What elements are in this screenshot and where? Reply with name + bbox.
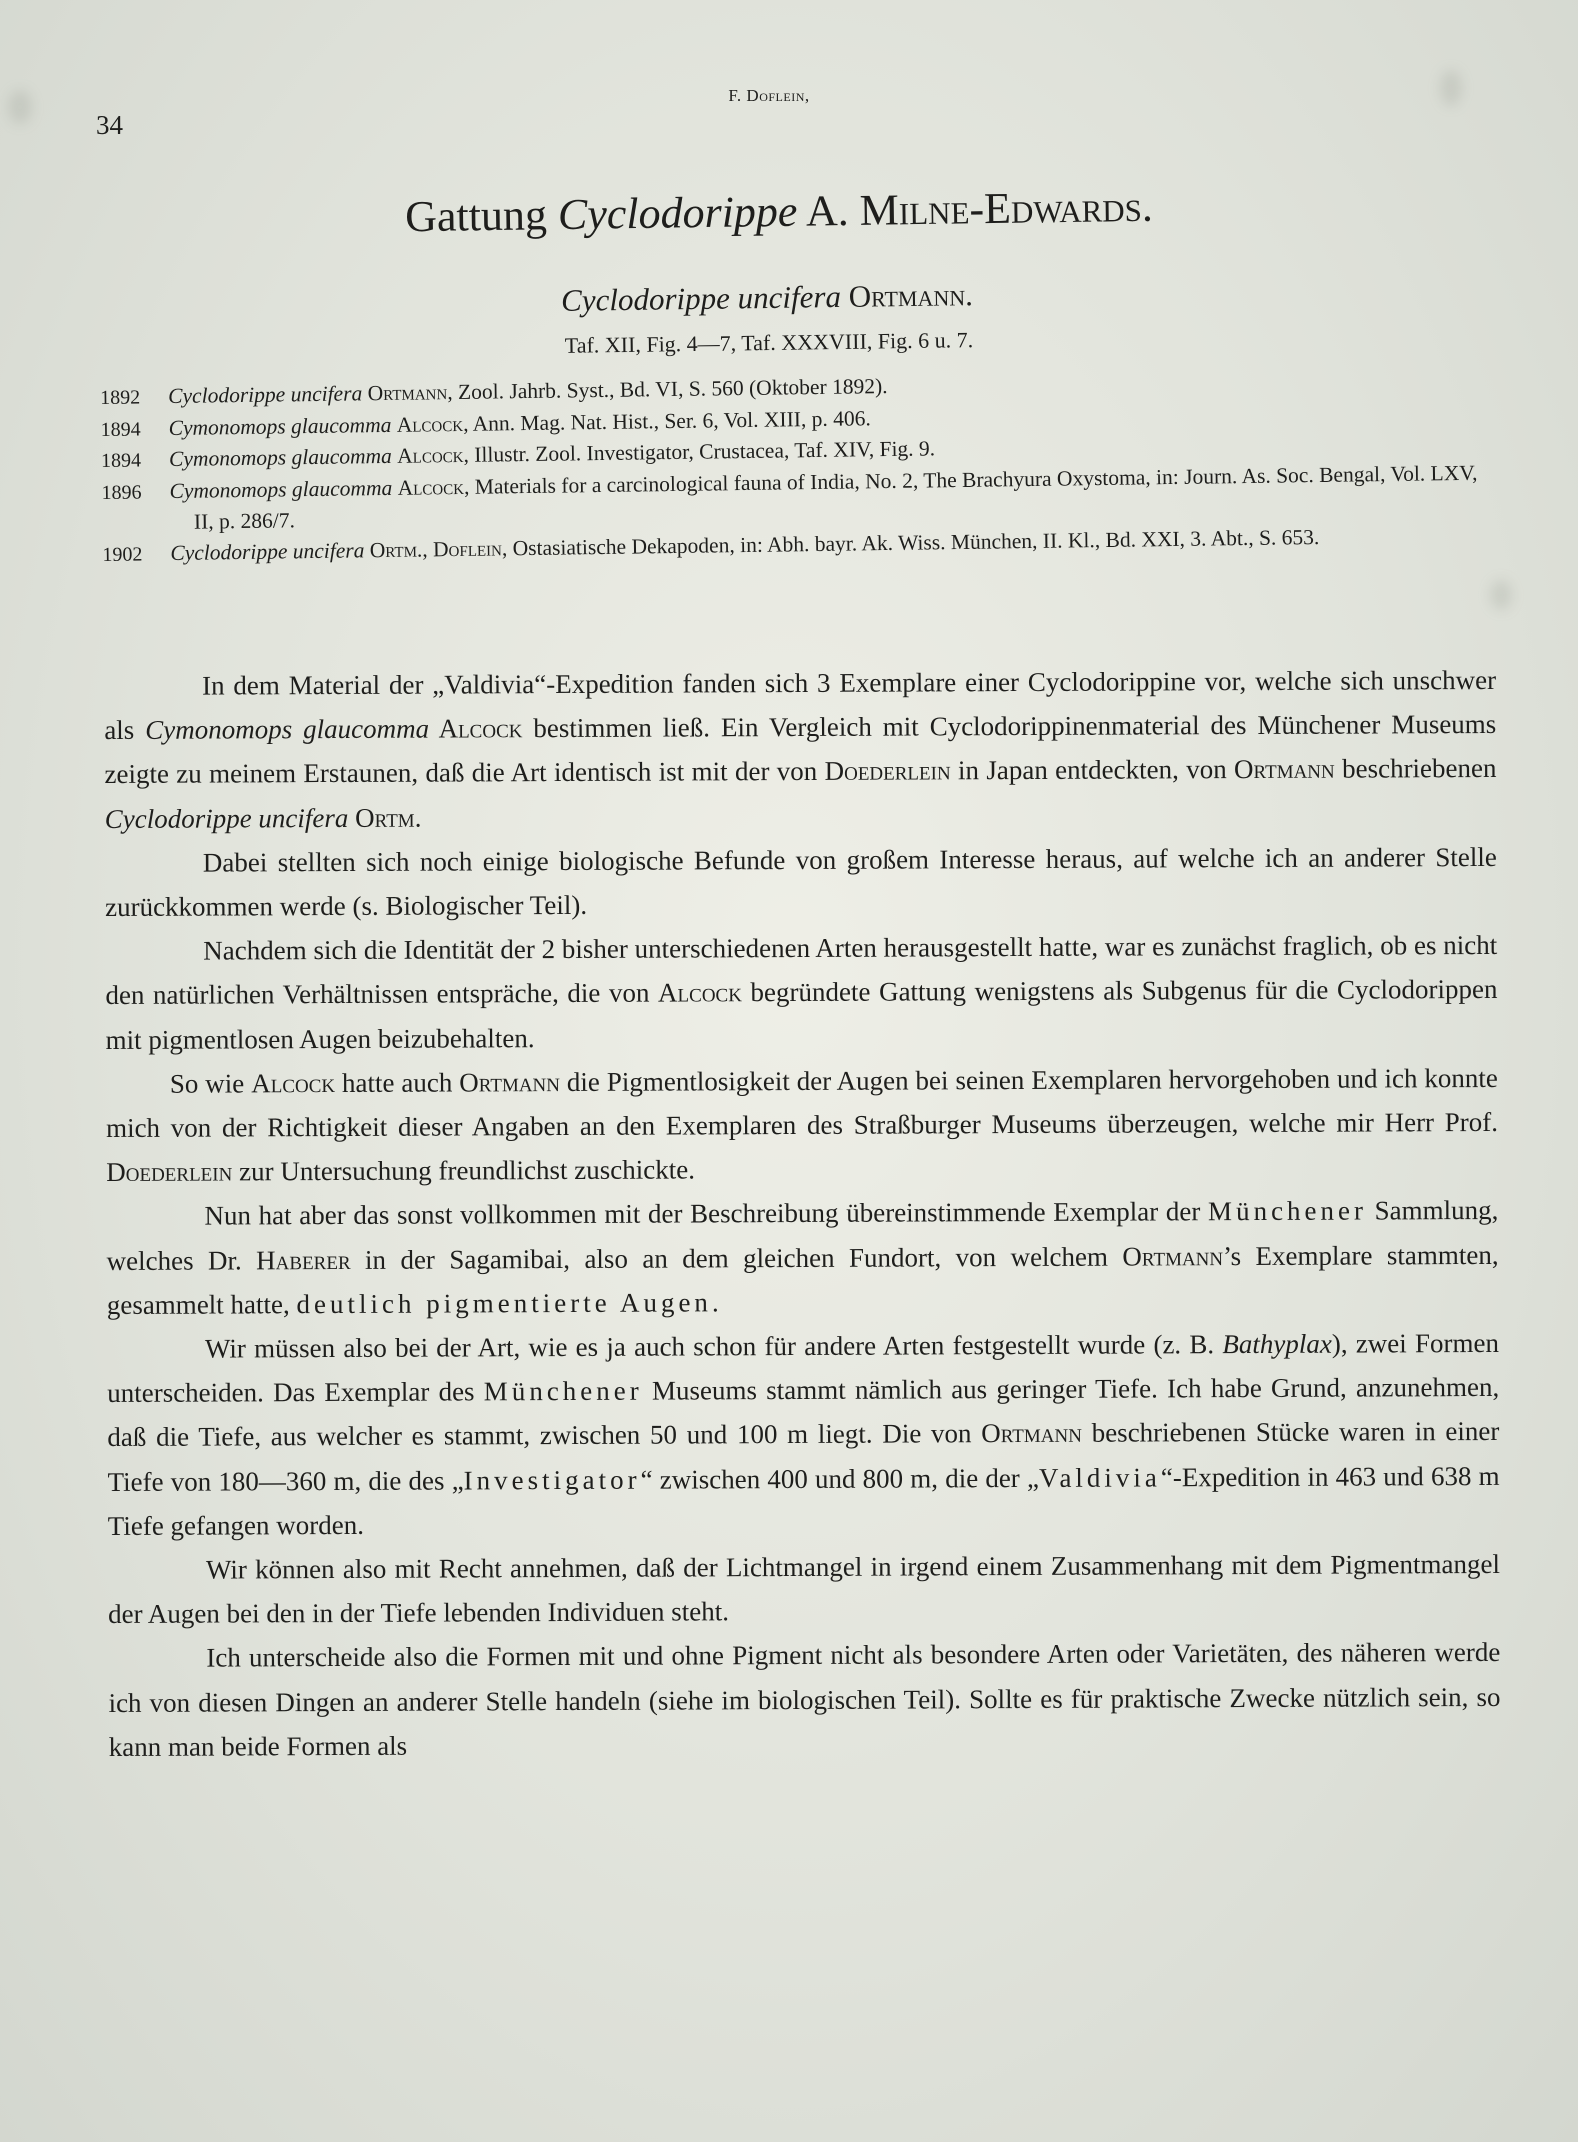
synonymy-taxon: Cymonomops glaucomma	[169, 475, 392, 502]
species-name: Cyclodorippe uncifera	[561, 279, 841, 318]
paragraph: So wie Alcock hatte auch Ortmann die Pig…	[106, 1056, 1499, 1195]
text-run: in der Sagamibai, also an dem gleichen F…	[351, 1241, 1123, 1274]
genus-prefix: Gattung	[405, 190, 558, 241]
author-name: Ortmann	[981, 1418, 1082, 1448]
paragraph: Ich unterscheide also die Formen mit und…	[108, 1630, 1501, 1769]
text-run: Wir müssen also bei der Art, wie es ja a…	[205, 1329, 1222, 1363]
scanned-page: F. Doflein, 34 Gattung Cyclodorippe A. M…	[0, 0, 1578, 2142]
author-name: Ortmann	[459, 1067, 560, 1097]
scan-smudge	[1490, 580, 1512, 610]
synonymy-year: 1894	[101, 445, 161, 476]
author-name: Alcock	[658, 978, 742, 1008]
spaced-emphasis: Münchener	[1208, 1196, 1367, 1227]
text-run: zur Untersuchung freundlichst zuschickte…	[232, 1155, 695, 1187]
synonymy-citation: , Illustr. Zool. Investigator, Crustacea…	[463, 436, 935, 467]
taxon-name: Cyclodorippe uncifera	[105, 803, 349, 834]
synonymy-author: Alcock	[397, 411, 464, 436]
running-head: F. Doflein,	[0, 86, 1558, 106]
synonymy-year: 1894	[100, 414, 160, 445]
synonymy-year: 1902	[102, 539, 162, 570]
body-text: In dem Material der „Valdivia“-Expeditio…	[104, 658, 1501, 1769]
synonymy-author: Alcock	[397, 443, 464, 468]
paragraph: Nachdem sich die Identität der 2 bisher …	[105, 923, 1498, 1062]
synonymy-taxon: Cyclodorippe uncifera	[168, 381, 362, 408]
synonymy-author: Ortmann	[367, 380, 447, 405]
synonymy-citation: , Ann. Mag. Nat. Hist., Ser. 6, Vol. XII…	[463, 406, 871, 436]
page-number: 34	[96, 110, 123, 141]
synonymy-taxon: Cyclodorippe uncifera	[170, 538, 364, 565]
spaced-emphasis: deutlich pigmentierte Augen	[296, 1287, 712, 1319]
taxon-name: Bathyplax	[1222, 1329, 1332, 1359]
author-name: Alcock	[429, 713, 522, 743]
author-name: Alcock	[251, 1068, 335, 1098]
genus-author: A. Milne-Edwards.	[797, 182, 1153, 236]
text-run: .	[712, 1287, 719, 1317]
author-name: Ortmann	[1234, 754, 1335, 784]
synonymy-year: 1896	[101, 477, 161, 508]
text-run: in Japan entdeckten, von	[951, 754, 1234, 785]
spaced-emphasis: Münchener	[484, 1376, 643, 1407]
synonymy-year: 1892	[100, 382, 160, 413]
plate-reference: Taf. XII, Fig. 4—7, Taf. XXXVIII, Fig. 6…	[0, 319, 1558, 367]
synonymy-taxon: Cymonomops glaucomma	[169, 444, 392, 471]
taxon-name: Cymonomops glaucomma	[145, 714, 429, 745]
species-author: Ortmann.	[841, 277, 973, 314]
paragraph: In dem Material der „Valdivia“-Expeditio…	[104, 658, 1497, 841]
spaced-emphasis: Valdivia	[1039, 1462, 1161, 1493]
text-run: hatte auch	[335, 1067, 459, 1098]
paragraph: Wir können also mit Recht annehmen, daß …	[108, 1542, 1500, 1636]
synonymy-author: Alcock	[397, 474, 464, 499]
synonymy-author: Ortm., Doflein	[370, 536, 502, 562]
genus-heading: Gattung Cyclodorippe A. Milne-Edwards.	[0, 175, 1568, 248]
author-name: Doederlein	[825, 756, 951, 787]
text-run: beschriebenen	[1335, 753, 1497, 784]
text-run: Nun hat aber das sonst vollkommen mit de…	[204, 1197, 1208, 1231]
paragraph: Wir müssen also bei der Art, wie es ja a…	[107, 1321, 1500, 1548]
species-heading: Cyclodorippe uncifera Ortmann.	[0, 269, 1556, 327]
paragraph: Nun hat aber das sonst vollkommen mit de…	[106, 1188, 1499, 1327]
genus-name: Cyclodorippe	[558, 187, 798, 239]
author-name: Haberer	[256, 1245, 351, 1275]
synonymy-taxon: Cymonomops glaucomma	[168, 412, 391, 439]
spaced-emphasis: Investigator	[464, 1464, 641, 1495]
text-run: So wie	[170, 1068, 251, 1098]
paragraph: Dabei stellten sich noch einige biologis…	[105, 835, 1497, 929]
synonymy-citation: , Zool. Jahrb. Syst., Bd. VI, S. 560 (Ok…	[447, 374, 888, 404]
author-name: Doederlein	[106, 1157, 232, 1188]
text-run: “ zwischen 400 und 800 m, die der „	[641, 1463, 1039, 1495]
synonymy-list: 1892Cyclodorippe uncifera Ortmann, Zool.…	[100, 362, 1502, 570]
author-name: Ortmann	[1122, 1241, 1223, 1271]
author-name: Ortm.	[348, 802, 421, 832]
